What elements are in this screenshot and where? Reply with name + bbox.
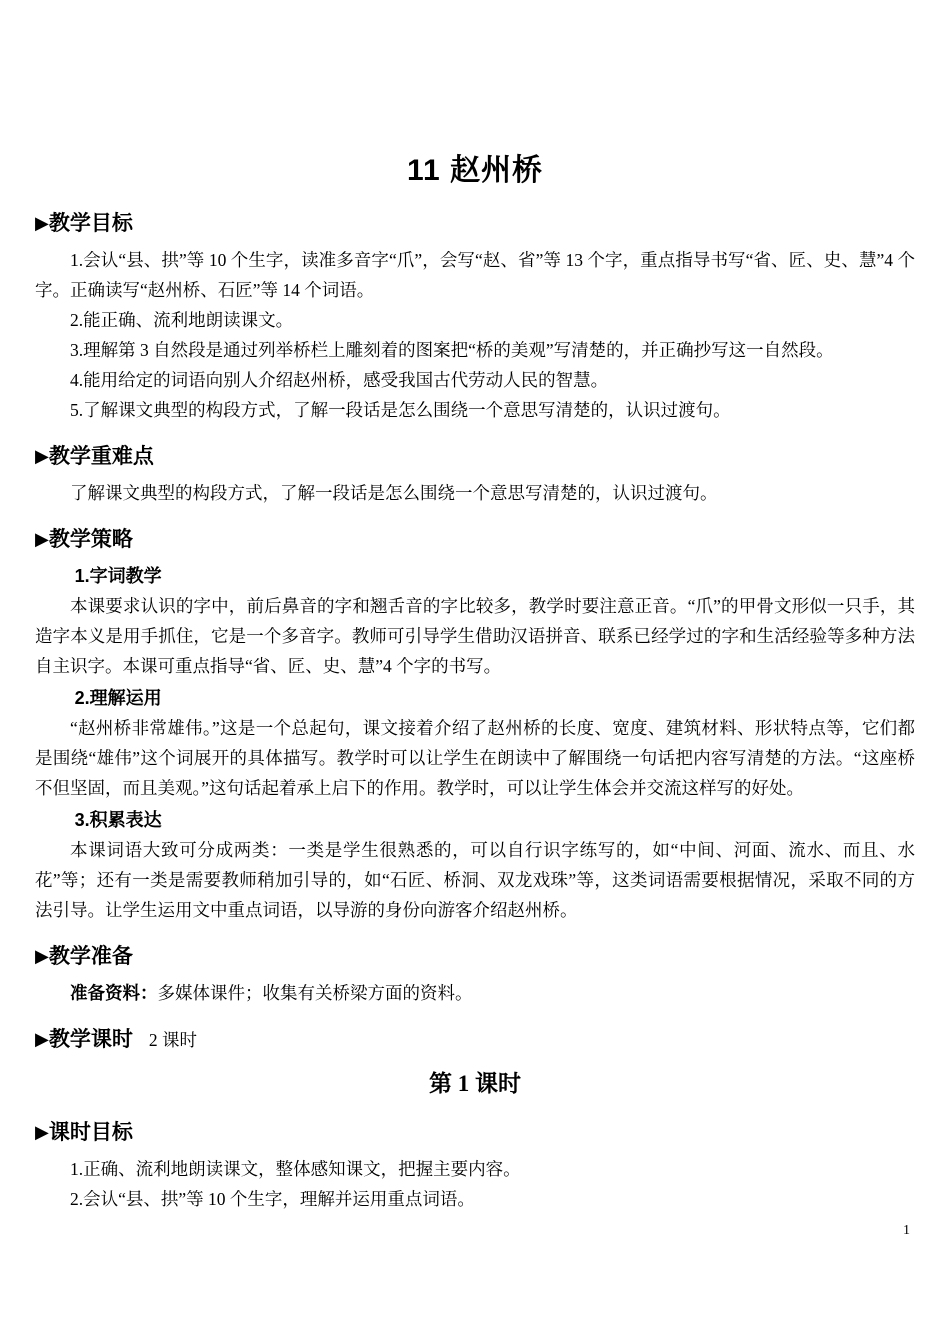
strategy-text-2: “赵州桥非常雄伟。”这是一个总起句，课文接着介绍了赵州桥的长度、宽度、建筑材料、… — [35, 713, 915, 803]
strategy-text-3: 本课词语大致可分成两类：一类是学生很熟悉的，可以自行识字练写的，如“中间、河面、… — [35, 835, 915, 925]
session-goal-2: 2.会认“县、拱”等 10 个生字，理解并运用重点词语。 — [35, 1184, 915, 1214]
objectives-item-5: 5.了解课文典型的构段方式，了解一段话是怎么围绕一个意思写清楚的，认识过渡句。 — [35, 395, 915, 425]
strategy-subhead-2: 2.理解运用 — [35, 683, 915, 713]
section-marker-icon: ▶ — [35, 529, 49, 549]
section-marker-icon: ▶ — [35, 213, 49, 233]
strategy-text-1: 本课要求认识的字中，前后鼻音的字和翘舌音的字比较多，教学时要注意正音。“爪”的甲… — [35, 591, 915, 681]
section-heading-preparation: ▶教学准备 — [35, 941, 915, 972]
section-heading-objectives: ▶教学目标 — [35, 208, 915, 239]
objectives-item-3: 3.理解第 3 自然段是通过列举桥栏上雕刻着的图案把“桥的美观”写清楚的，并正确… — [35, 335, 915, 365]
preparation-text: 准备资料：多媒体课件；收集有关桥梁方面的资料。 — [35, 978, 915, 1008]
section-heading-label: 教学课时 — [49, 1028, 133, 1051]
section-marker-icon: ▶ — [35, 946, 49, 966]
strategy-subhead-1: 1.字词教学 — [35, 561, 915, 591]
section-heading-strategy: ▶教学策略 — [35, 524, 915, 555]
session-goal-1: 1.正确、流利地朗读课文，整体感知课文，把握主要内容。 — [35, 1154, 915, 1184]
section-marker-icon: ▶ — [35, 1029, 49, 1049]
strategy-subhead-3: 3.积累表达 — [35, 805, 915, 835]
document-page: 11 赵州桥 ▶教学目标 1.会认“县、拱”等 10 个生字，读准多音字“爪”，… — [0, 0, 950, 1344]
section-heading-label: 教学重难点 — [49, 445, 154, 468]
section-marker-icon: ▶ — [35, 1122, 49, 1142]
lesson-title: 11 赵州桥 — [35, 150, 915, 192]
objectives-item-4: 4.能用给定的词语向别人介绍赵州桥，感受我国古代劳动人民的智慧。 — [35, 365, 915, 395]
preparation-label: 准备资料： — [70, 983, 158, 1003]
section-heading-label: 课时目标 — [49, 1121, 133, 1144]
section-heading-label: 教学目标 — [49, 212, 133, 235]
objectives-item-1: 1.会认“县、拱”等 10 个生字，读准多音字“爪”，会写“赵、省”等 13 个… — [35, 245, 915, 305]
page-number: 1 — [903, 1222, 910, 1240]
key-points-text: 了解课文典型的构段方式，了解一段话是怎么围绕一个意思写清楚的，认识过渡句。 — [35, 478, 915, 508]
section-heading-session-goals: ▶课时目标 — [35, 1117, 915, 1148]
section-heading-key-points: ▶教学重难点 — [35, 441, 915, 472]
section-marker-icon: ▶ — [35, 446, 49, 466]
objectives-item-2: 2.能正确、流利地朗读课文。 — [35, 305, 915, 335]
section-heading-label: 教学策略 — [49, 528, 133, 551]
periods-value: 2 课时 — [149, 1030, 197, 1050]
preparation-value: 多媒体课件；收集有关桥梁方面的资料。 — [158, 983, 473, 1003]
section-heading-periods: ▶教学课时2 课时 — [35, 1024, 915, 1055]
session-1-title: 第 1 课时 — [35, 1067, 915, 1101]
section-heading-label: 教学准备 — [49, 945, 133, 968]
